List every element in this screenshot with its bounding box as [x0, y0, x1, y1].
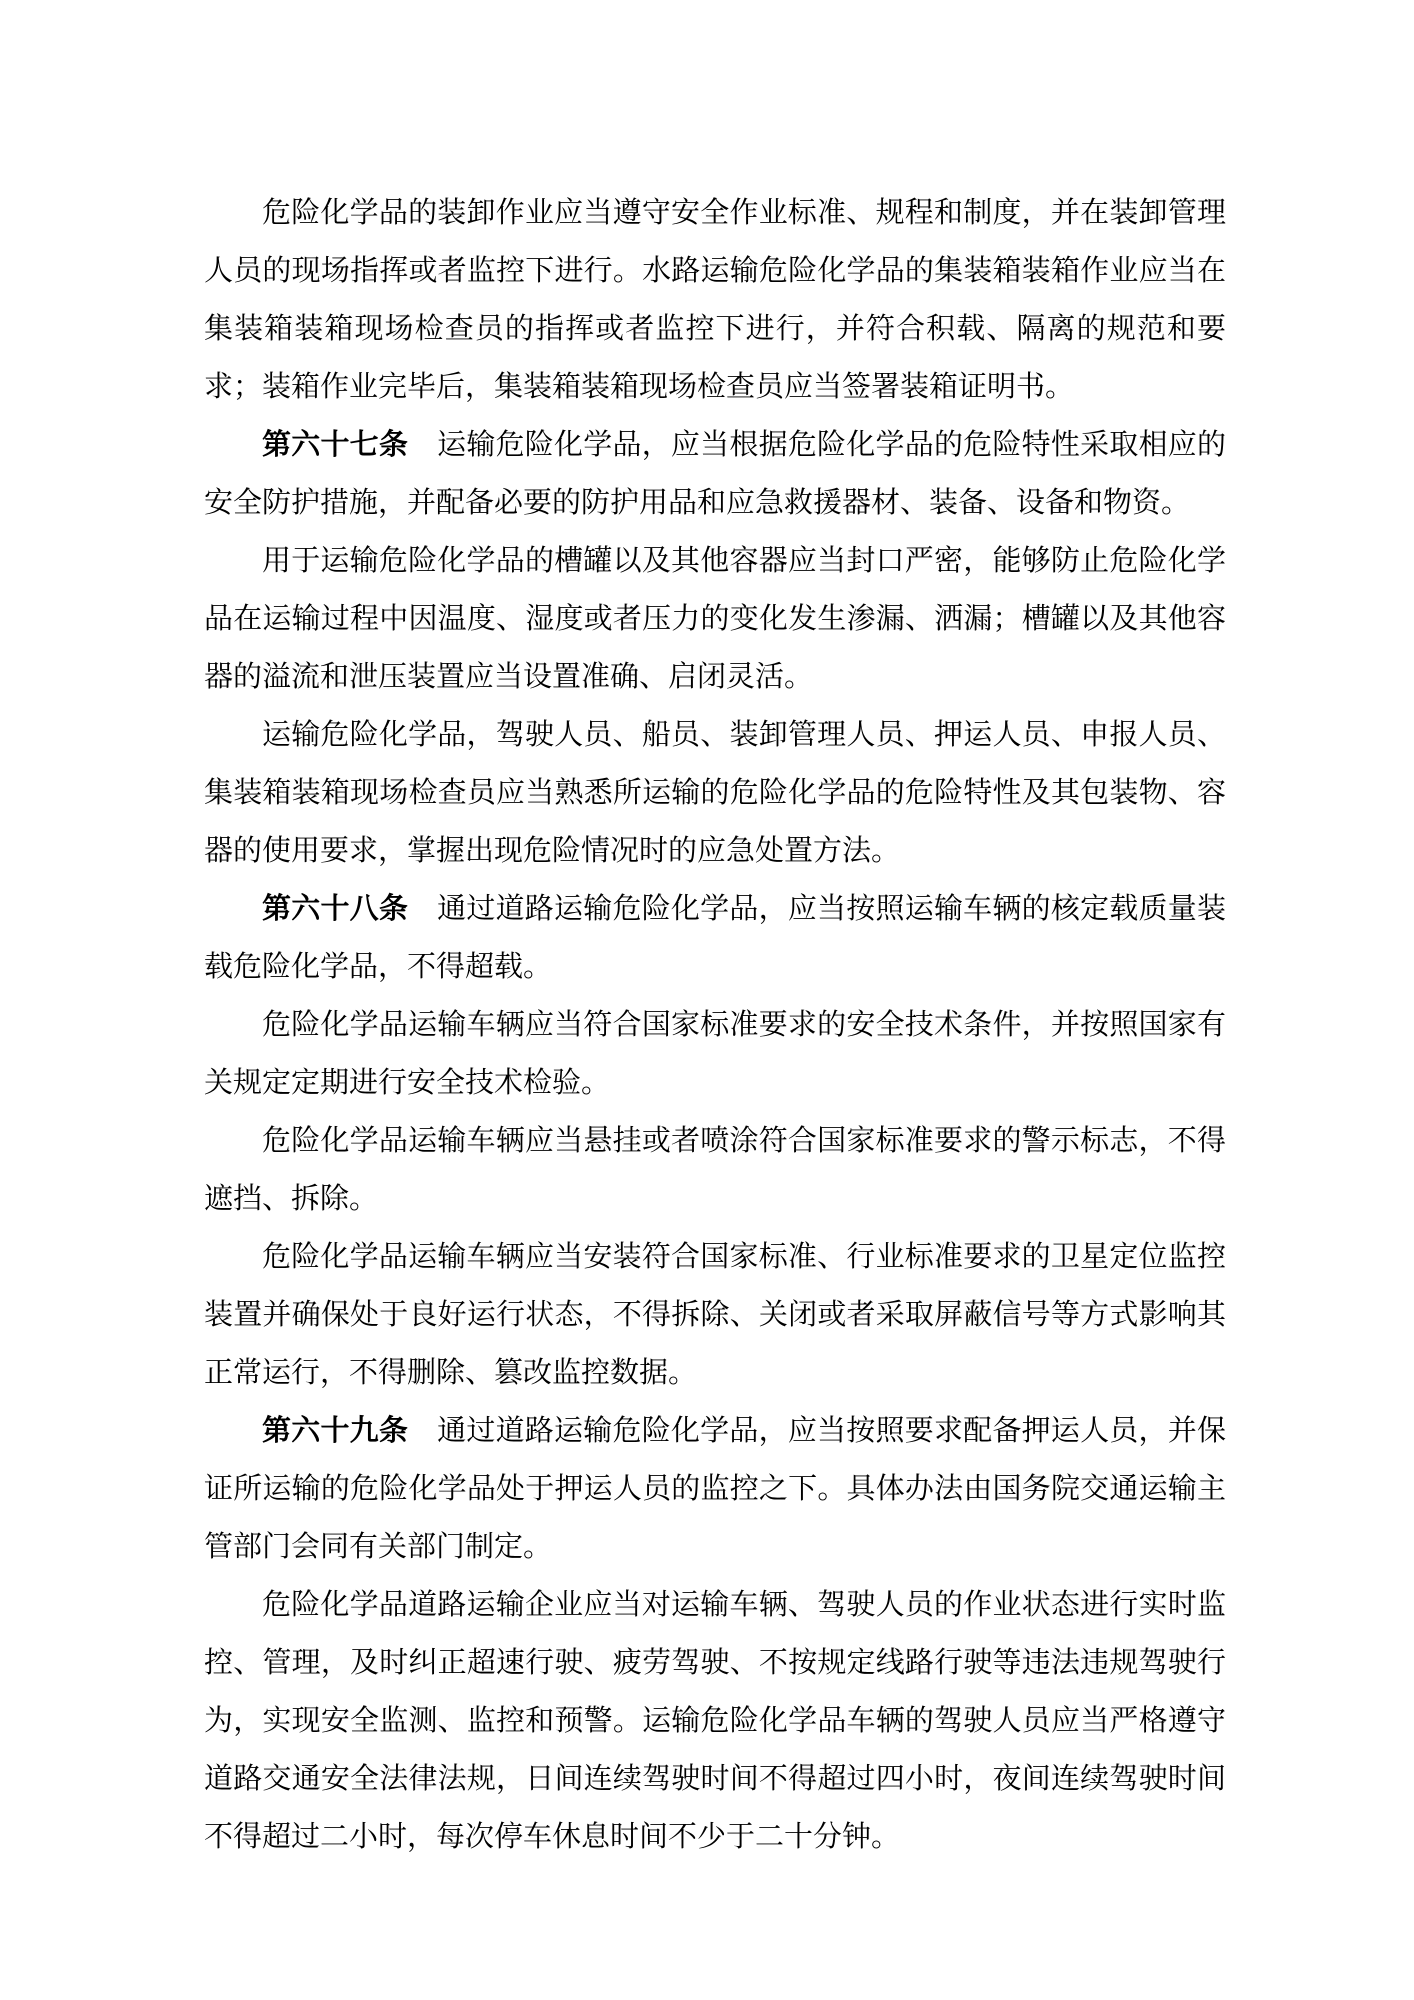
paragraph: 第六十七条运输危险化学品，应当根据危险化学品的危险特性采取相应的安全防护措施，并…: [204, 416, 1226, 532]
paragraph: 危险化学品运输车辆应当符合国家标准要求的安全技术条件，并按照国家有关规定定期进行…: [204, 996, 1226, 1112]
paragraph: 危险化学品运输车辆应当悬挂或者喷涂符合国家标准要求的警示标志，不得遮挡、拆除。: [204, 1112, 1226, 1228]
paragraph-text: 用于运输危险化学品的槽罐以及其他容器应当封口严密，能够防止危险化学品在运输过程中…: [204, 545, 1226, 693]
paragraph-text: 危险化学品运输车辆应当安装符合国家标准、行业标准要求的卫星定位监控装置并确保处于…: [204, 1241, 1226, 1389]
paragraph-text: 危险化学品的装卸作业应当遵守安全作业标准、规程和制度，并在装卸管理人员的现场指挥…: [204, 197, 1226, 403]
paragraph: 危险化学品的装卸作业应当遵守安全作业标准、规程和制度，并在装卸管理人员的现场指挥…: [204, 184, 1226, 416]
article-number: 第六十九条: [262, 1415, 408, 1447]
paragraph: 危险化学品运输车辆应当安装符合国家标准、行业标准要求的卫星定位监控装置并确保处于…: [204, 1228, 1226, 1402]
paragraph-text: 危险化学品道路运输企业应当对运输车辆、驾驶人员的作业状态进行实时监控、管理，及时…: [204, 1589, 1226, 1853]
paragraph-text: 危险化学品运输车辆应当符合国家标准要求的安全技术条件，并按照国家有关规定定期进行…: [204, 1009, 1226, 1099]
paragraph-text: 危险化学品运输车辆应当悬挂或者喷涂符合国家标准要求的警示标志，不得遮挡、拆除。: [204, 1125, 1226, 1215]
paragraph: 运输危险化学品，驾驶人员、船员、装卸管理人员、押运人员、申报人员、集装箱装箱现场…: [204, 706, 1226, 880]
article-number: 第六十七条: [262, 429, 408, 461]
article-number: 第六十八条: [262, 893, 408, 925]
document-page: 危险化学品的装卸作业应当遵守安全作业标准、规程和制度，并在装卸管理人员的现场指挥…: [0, 0, 1414, 2000]
paragraph-text: 运输危险化学品，驾驶人员、船员、装卸管理人员、押运人员、申报人员、集装箱装箱现场…: [204, 719, 1226, 867]
paragraph: 用于运输危险化学品的槽罐以及其他容器应当封口严密，能够防止危险化学品在运输过程中…: [204, 532, 1226, 706]
paragraph: 危险化学品道路运输企业应当对运输车辆、驾驶人员的作业状态进行实时监控、管理，及时…: [204, 1576, 1226, 1866]
paragraph: 第六十九条通过道路运输危险化学品，应当按照要求配备押运人员，并保证所运输的危险化…: [204, 1402, 1226, 1576]
paragraph: 第六十八条通过道路运输危险化学品，应当按照运输车辆的核定载质量装载危险化学品，不…: [204, 880, 1226, 996]
